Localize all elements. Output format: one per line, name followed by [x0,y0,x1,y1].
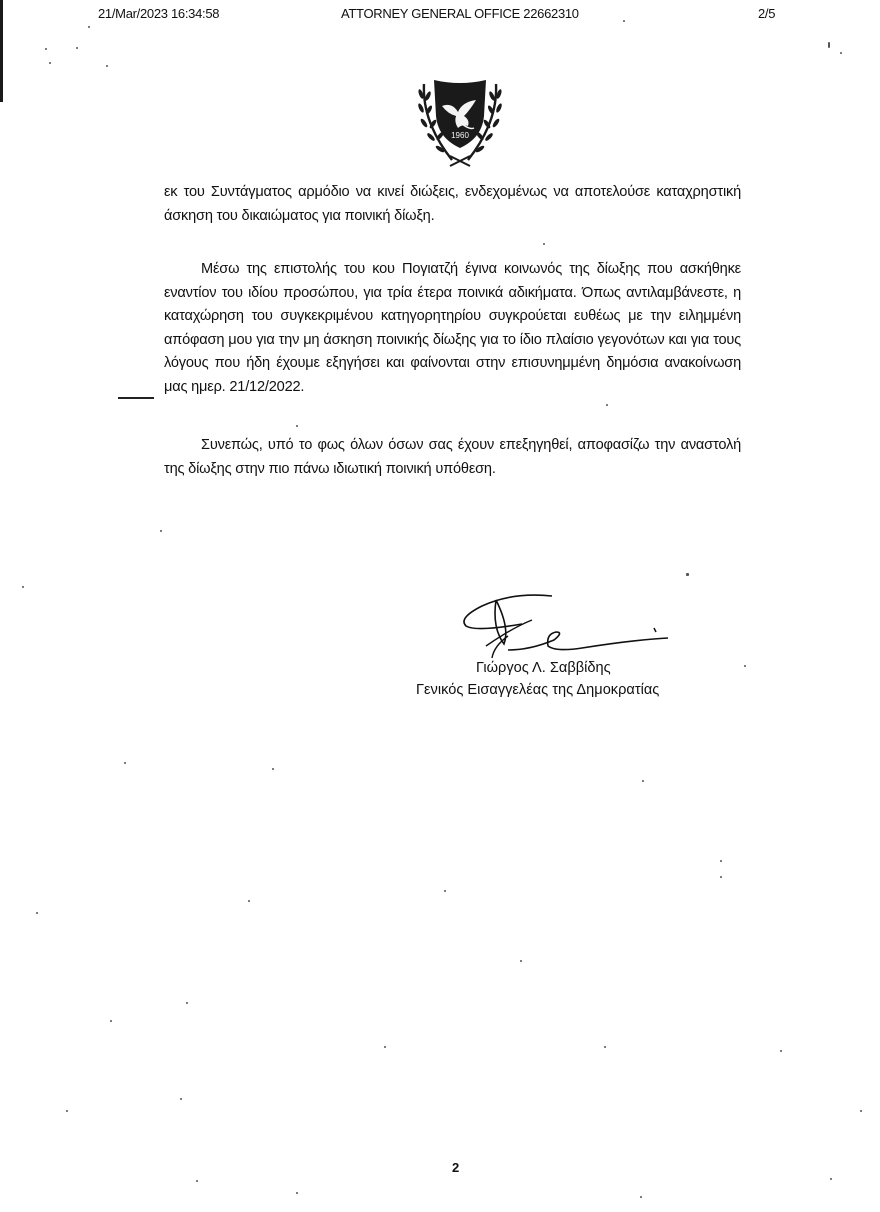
signatory-name: Γιώργος Λ. Σαββίδης [476,660,611,676]
fax-header: 21/Mar/2023 16:34:58 ATTORNEY GENERAL OF… [0,6,880,26]
fax-sender: ATTORNEY GENERAL OFFICE 22662310 [341,6,579,21]
emblem-year: 1960 [451,131,469,140]
body-paragraph-3: Συνεπώς, υπό το φως όλων όσων σας έχουν … [164,434,741,481]
body-paragraph-2: Μέσω της επιστολής του κου Πογιατζή έγιν… [164,258,741,400]
margin-dash-mark [118,397,154,399]
page-number: 2 [452,1160,459,1175]
coat-of-arms-of-cyprus-icon: 1960 [412,72,508,168]
body-paragraph-1: εκ του Συντάγματος αρμόδιο να κινεί διώξ… [164,181,741,228]
signatory-title: Γενικός Εισαγγελέας της Δημοκρατίας [416,682,659,698]
fax-page-count: 2/5 [758,6,775,21]
fax-timestamp: 21/Mar/2023 16:34:58 [98,6,219,21]
handwritten-signature [452,588,682,660]
